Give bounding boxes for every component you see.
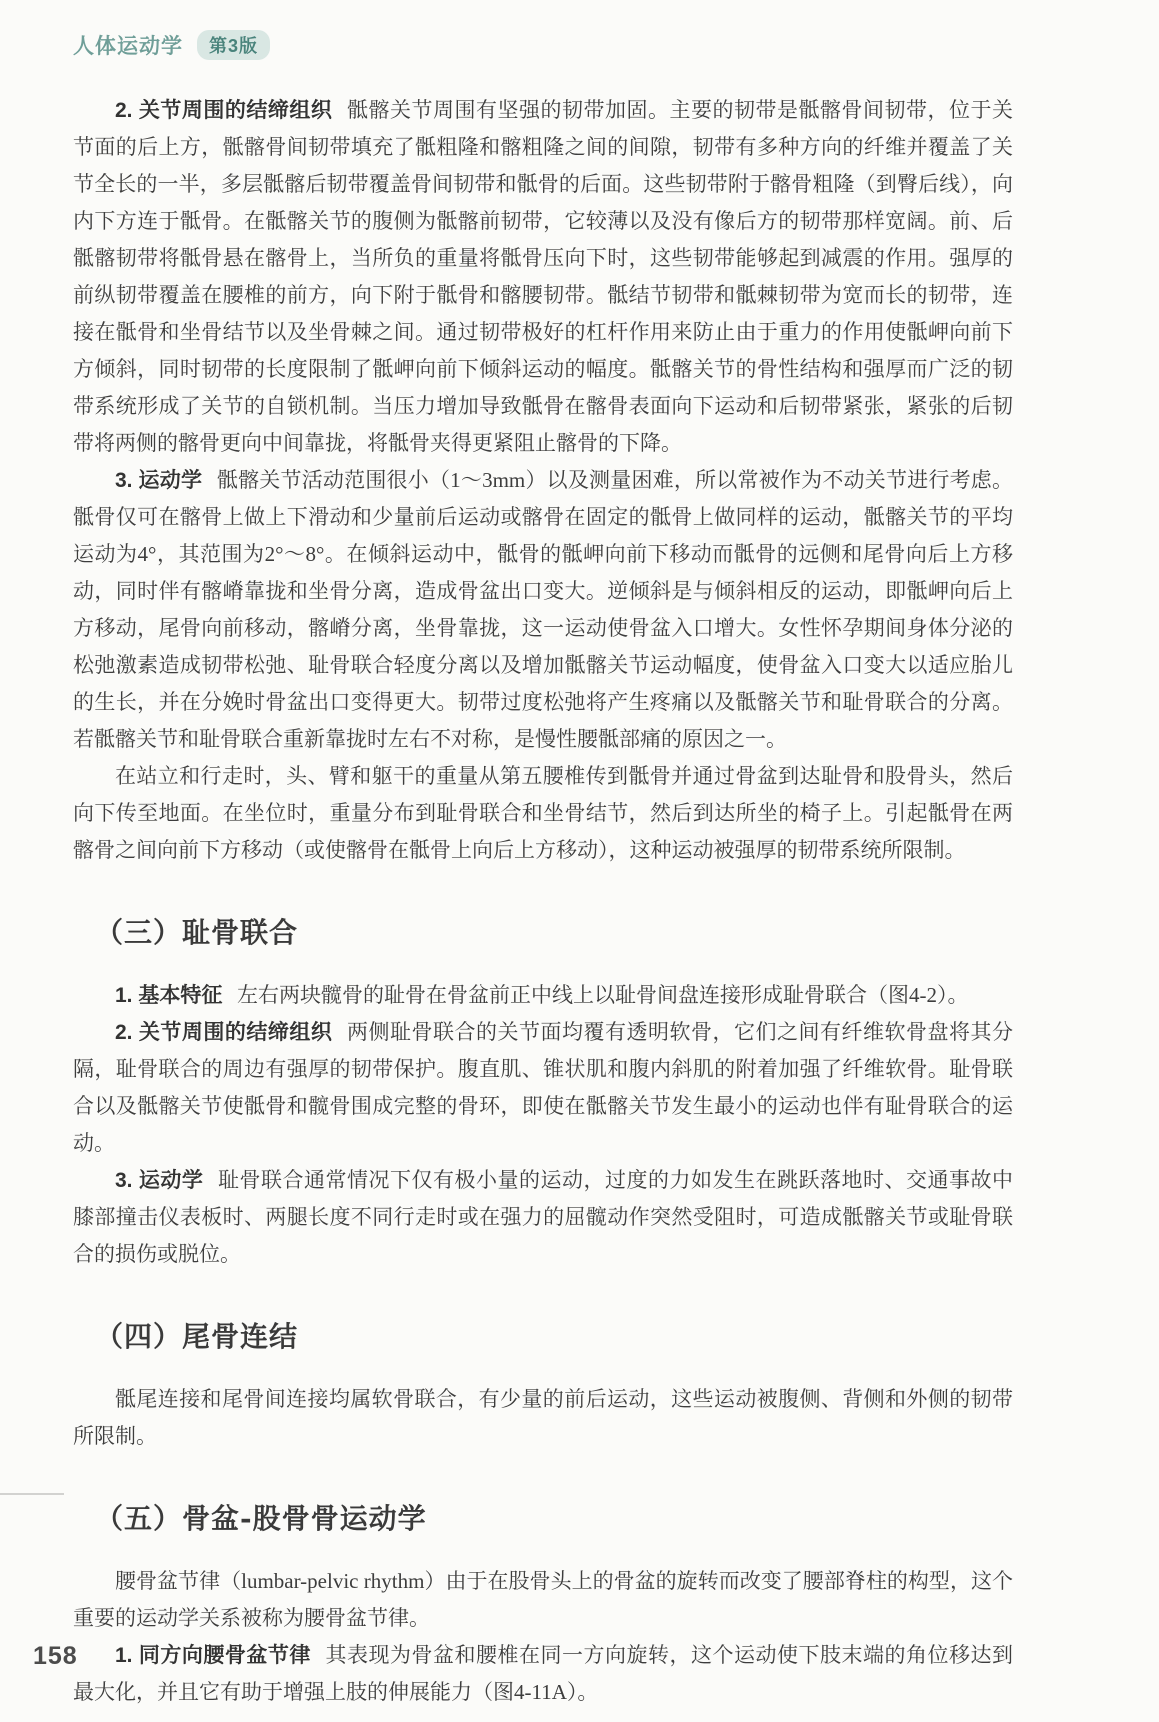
paragraph-lead: 2. 关节周围的结缔组织 [115, 1021, 332, 1044]
paragraph-text: 腰骨盆节律（lumbar-pelvic rhythm）由于在股骨头上的骨盆的旋转… [73, 1569, 1013, 1630]
paragraph-lead: 3. 运动学 [115, 1169, 203, 1192]
margin-mark [0, 1493, 64, 1495]
paragraph-lead: 3. 运动学 [115, 469, 202, 492]
section-heading-pelvis-femur-kinematics: （五）骨盆-股骨骨运动学 [73, 1497, 1013, 1537]
paragraph-pubic-connective-tissue: 2. 关节周围的结缔组织两侧耻骨联合的关节面均覆有透明软骨，它们之间有纤维软骨盘… [73, 1014, 1013, 1162]
paragraph-lead: 1. 基本特征 [115, 984, 222, 1007]
paragraph-lead: 1. 同方向腰骨盆节律 [115, 1644, 311, 1667]
paragraph-kinematics-si-joint: 3. 运动学骶髂关节活动范围很小（1～3mm）以及测量困难，所以常被作为不动关节… [73, 462, 1013, 758]
page-header: 人体运动学 第3版 [73, 30, 270, 60]
paragraph-text: 骶髂关节活动范围很小（1～3mm）以及测量困难，所以常被作为不动关节进行考虑。骶… [73, 468, 1013, 751]
page-content: 2. 关节周围的结缔组织骶髂关节周围有坚强的韧带加固。主要的韧带是骶髂骨间韧带，… [73, 92, 1013, 1711]
page-footer: 158 [33, 1642, 78, 1671]
paragraph-text: 左右两块髋骨的耻骨在骨盆前正中线上以耻骨间盘连接形成耻骨联合（图4-2）。 [237, 983, 969, 1007]
paragraph-lead: 2. 关节周围的结缔组织 [115, 99, 332, 122]
paragraph-weight-transfer: 在站立和行走时，头、臂和躯干的重量从第五腰椎传到骶骨并通过骨盆到达耻骨和股骨头，… [73, 758, 1013, 869]
page-number: 158 [33, 1642, 78, 1670]
paragraph-basic-features: 1. 基本特征左右两块髋骨的耻骨在骨盆前正中线上以耻骨间盘连接形成耻骨联合（图4… [73, 977, 1013, 1014]
section-heading-pubic-symphysis: （三）耻骨联合 [73, 911, 1013, 951]
book-title: 人体运动学 [73, 30, 183, 60]
paragraph-text: 骶髂关节周围有坚强的韧带加固。主要的韧带是骶髂骨间韧带，位于关节面的后上方，骶髂… [73, 98, 1013, 455]
paragraph-lumbar-pelvic-rhythm: 腰骨盆节律（lumbar-pelvic rhythm）由于在股骨头上的骨盆的旋转… [73, 1563, 1013, 1637]
book-page: 人体运动学 第3版 2. 关节周围的结缔组织骶髂关节周围有坚强的韧带加固。主要的… [0, 0, 1159, 1722]
paragraph-same-direction-rhythm: 1. 同方向腰骨盆节律其表现为骨盆和腰椎在同一方向旋转，这个运动使下肢末端的角位… [73, 1637, 1013, 1711]
paragraph-text: 耻骨联合通常情况下仅有极小量的运动，过度的力如发生在跳跃落地时、交通事故中膝部撞… [73, 1168, 1013, 1266]
section-heading-coccyx: （四）尾骨连结 [73, 1315, 1013, 1355]
paragraph-connective-tissue: 2. 关节周围的结缔组织骶髂关节周围有坚强的韧带加固。主要的韧带是骶髂骨间韧带，… [73, 92, 1013, 462]
edition-badge: 第3版 [197, 30, 270, 60]
paragraph-text: 在站立和行走时，头、臂和躯干的重量从第五腰椎传到骶骨并通过骨盆到达耻骨和股骨头，… [73, 764, 1013, 862]
paragraph-text: 骶尾连接和尾骨间连接均属软骨联合，有少量的前后运动，这些运动被腹侧、背侧和外侧的… [73, 1387, 1013, 1448]
paragraph-pubic-kinematics: 3. 运动学耻骨联合通常情况下仅有极小量的运动，过度的力如发生在跳跃落地时、交通… [73, 1162, 1013, 1273]
paragraph-coccyx-joints: 骶尾连接和尾骨间连接均属软骨联合，有少量的前后运动，这些运动被腹侧、背侧和外侧的… [73, 1381, 1013, 1455]
